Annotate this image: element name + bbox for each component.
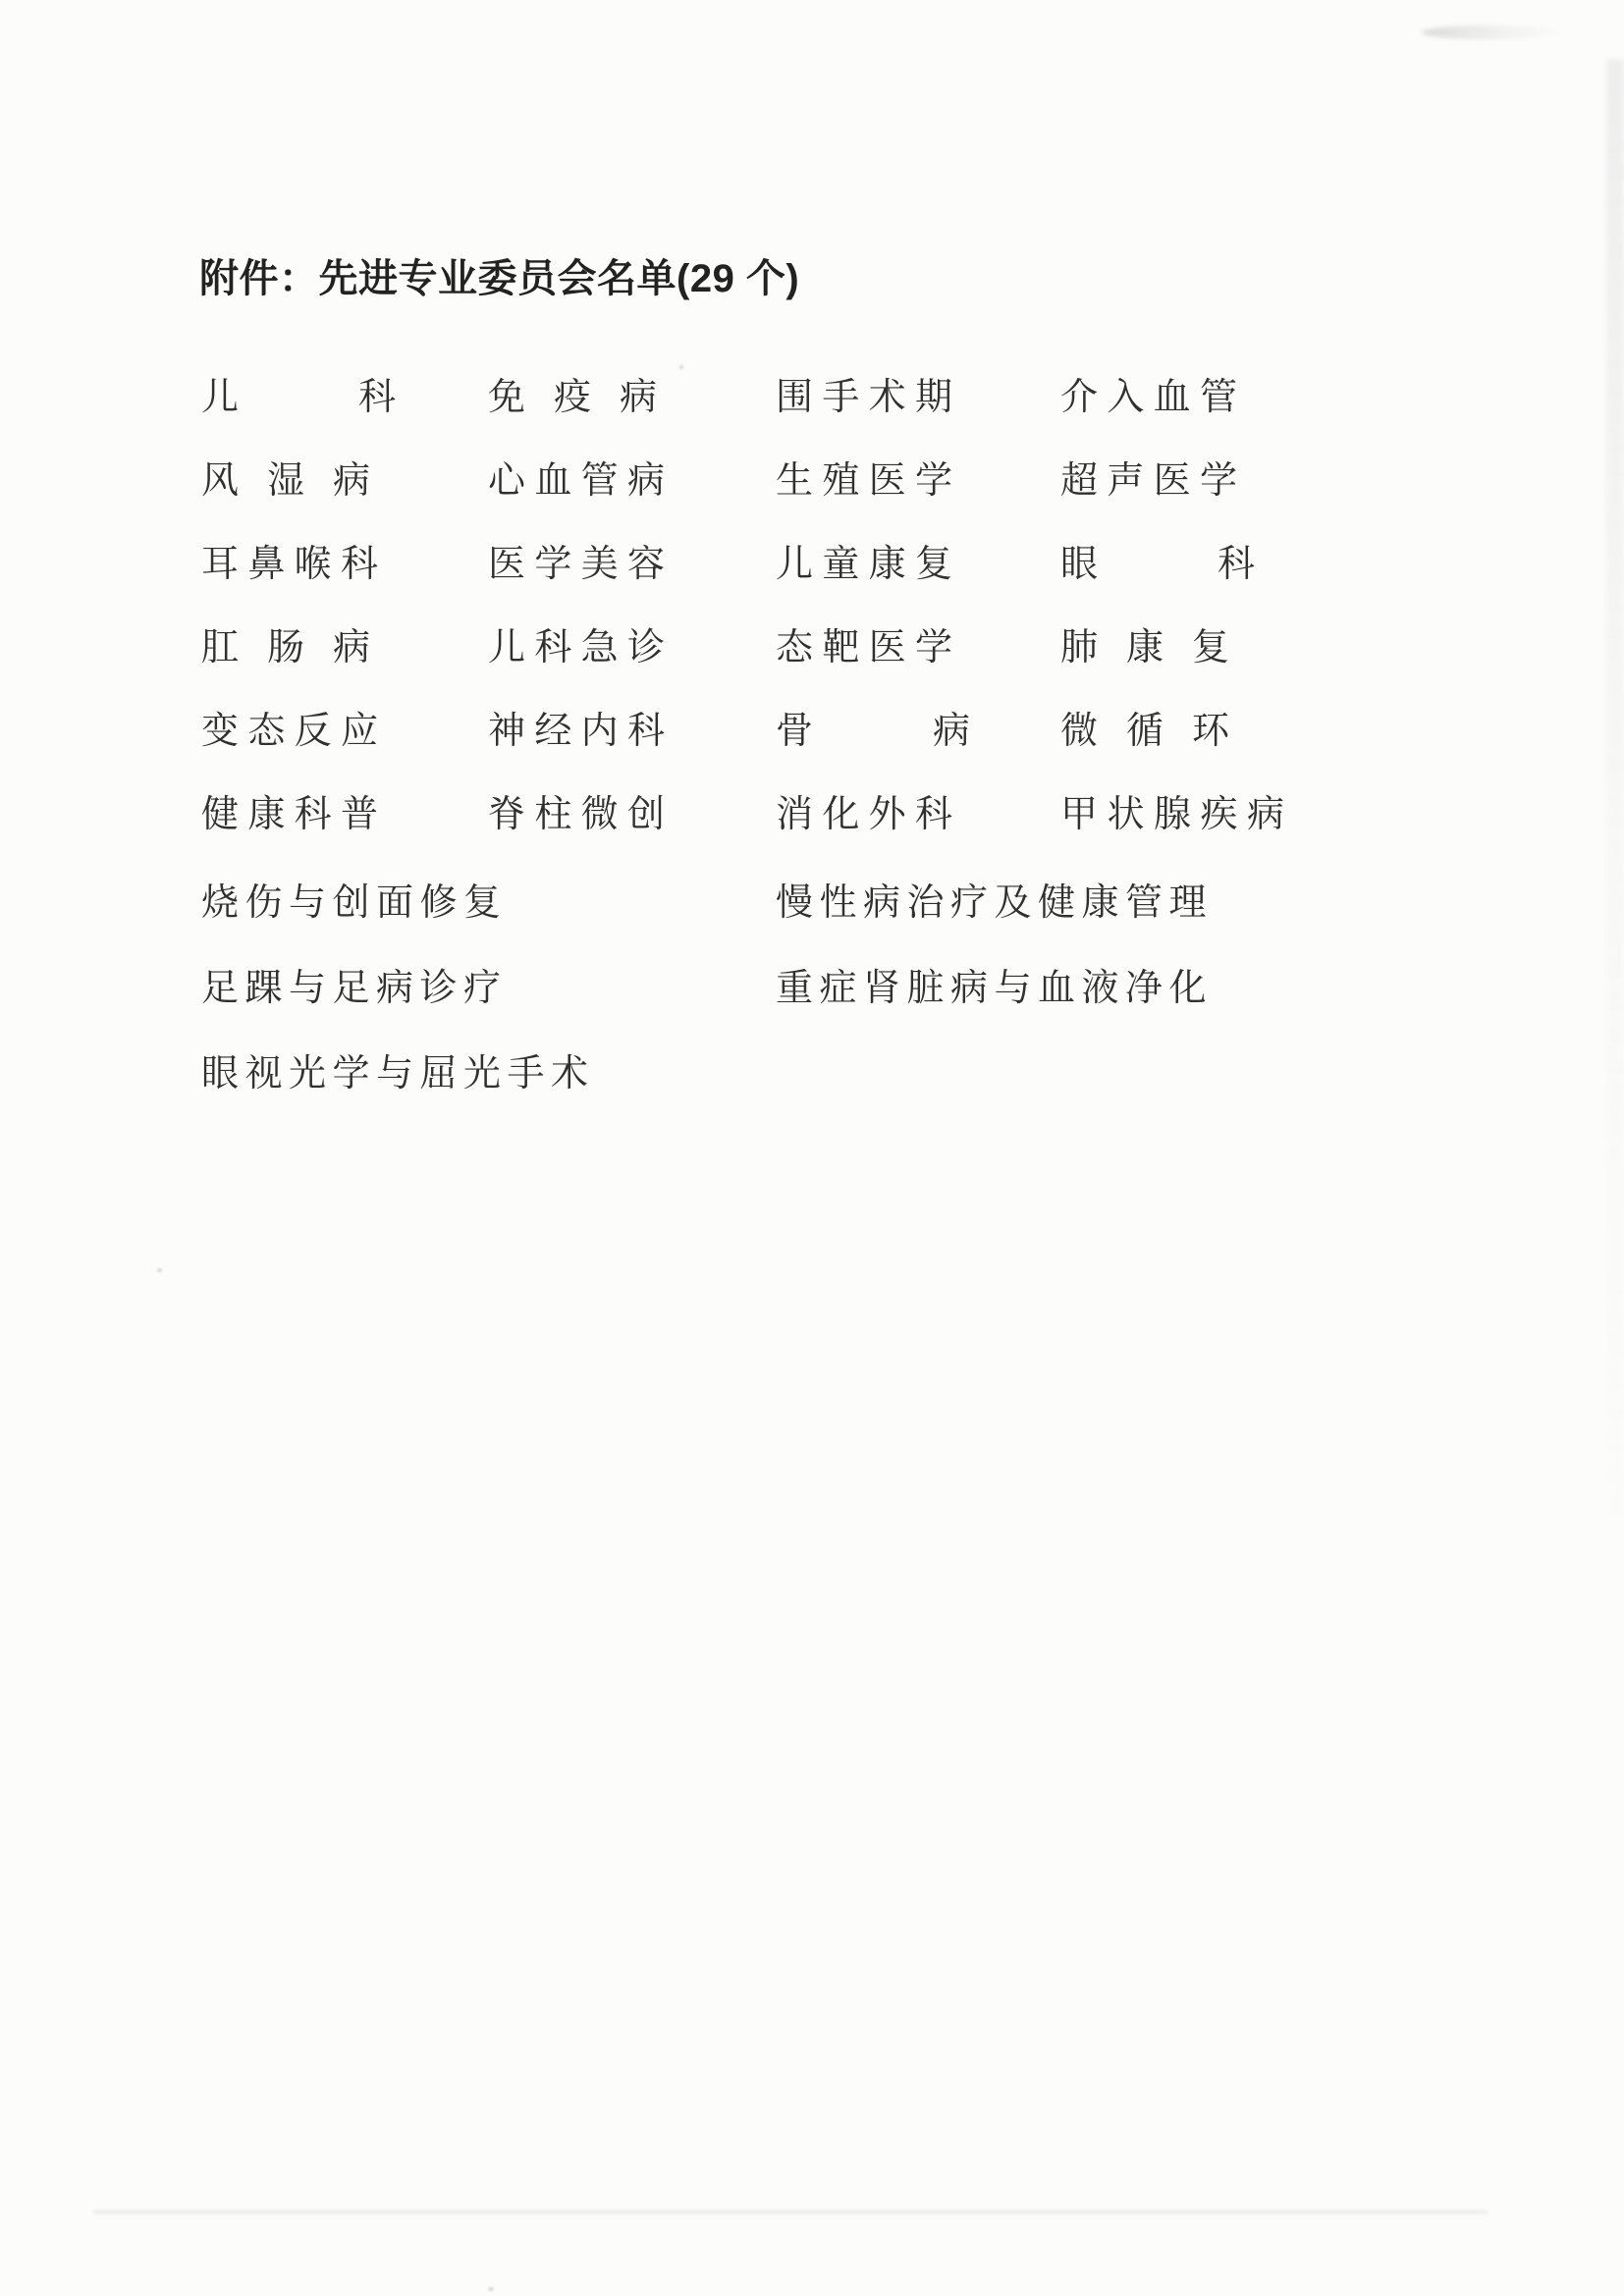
committee-name: 甲状腺疾病 xyxy=(1060,793,1284,836)
committee-name: 健康科普 xyxy=(201,793,378,836)
committee-name: 变态反应 xyxy=(201,710,378,753)
committee-name: 消化外科 xyxy=(776,793,952,836)
committee-name: 耳鼻喉科 xyxy=(201,543,378,586)
scan-speck xyxy=(679,365,683,369)
committee-name: 脊柱微创 xyxy=(488,793,665,836)
committee-name: 风湿病 xyxy=(201,459,370,503)
scan-speck xyxy=(157,1268,162,1272)
scan-speck xyxy=(488,2287,494,2291)
committee-name: 微循环 xyxy=(1060,710,1229,753)
committee-name: 免疫病 xyxy=(488,376,657,419)
committee-name: 肛肠病 xyxy=(201,626,370,669)
committee-name: 态靶医学 xyxy=(776,626,952,669)
scan-edge-shadow xyxy=(1606,59,1624,1531)
scan-smudge-artifact xyxy=(1422,26,1559,39)
committee-name: 骨病 xyxy=(776,710,970,753)
committee-name: 心血管病 xyxy=(488,459,665,503)
committee-name: 肺康复 xyxy=(1060,626,1229,669)
committee-name: 生殖医学 xyxy=(776,459,952,503)
attachment-title: 附件：先进专业委员会名单(29 个) xyxy=(199,257,799,300)
committee-name: 足踝与足病诊疗 xyxy=(201,967,508,1010)
scanned-document-page: 附件：先进专业委员会名单(29 个) 儿科免疫病围手术期介入血管风湿病心血管病生… xyxy=(0,0,1624,2296)
committee-name: 重症肾脏病与血液净化 xyxy=(776,967,1213,1010)
committee-name: 眼科 xyxy=(1060,543,1255,586)
committee-name: 神经内科 xyxy=(488,710,665,753)
committee-name: 慢性病治疗及健康管理 xyxy=(776,881,1213,925)
committee-name: 围手术期 xyxy=(776,376,952,419)
scan-streak-artifact xyxy=(93,2211,1488,2214)
committee-name: 烧伤与创面修复 xyxy=(201,881,508,925)
committee-name: 医学美容 xyxy=(488,543,665,586)
committee-name: 儿科急诊 xyxy=(488,626,665,669)
committee-name: 超声医学 xyxy=(1060,459,1237,503)
committee-name: 介入血管 xyxy=(1060,376,1237,419)
committee-name: 儿科 xyxy=(201,376,396,419)
committee-name: 眼视光学与屈光手术 xyxy=(201,1052,595,1095)
committee-name: 儿童康复 xyxy=(776,543,952,586)
